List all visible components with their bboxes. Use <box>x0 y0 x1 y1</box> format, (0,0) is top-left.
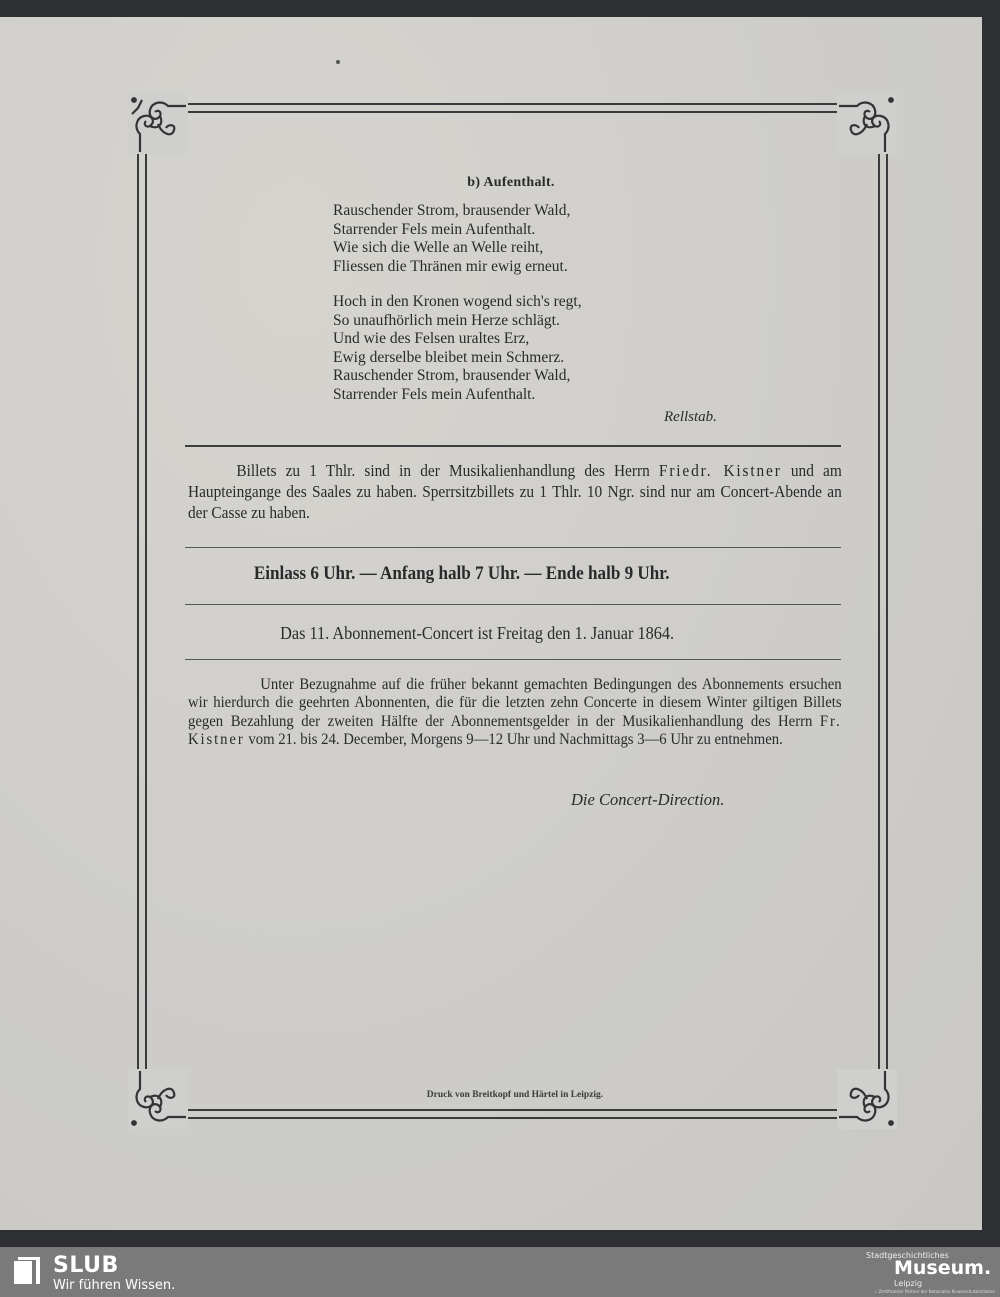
poem-title: b) Aufenthalt. <box>0 175 982 191</box>
divider-rule <box>185 445 841 447</box>
poem-title-text: b) Aufenthalt. <box>467 175 554 190</box>
poem-line: Wie sich die Welle an Welle reiht, <box>333 239 570 258</box>
corner-ornament-icon <box>128 94 188 154</box>
slub-tagline: Wir führen Wissen. <box>53 1278 175 1293</box>
concert-times: Einlass 6 Uhr. — Anfang halb 7 Uhr. — En… <box>0 563 923 585</box>
signature: Die Concert-Direction. <box>571 790 724 810</box>
divider-rule <box>185 659 841 660</box>
slub-logo-name: SLUB <box>53 1253 119 1278</box>
slub-logo-icon <box>14 1257 40 1284</box>
poem-stanza-1: Rauschender Strom, brausender Wald, Star… <box>333 202 570 276</box>
museum-logo-city: Leipzig <box>894 1279 922 1288</box>
poem-line: Starrender Fels mein Aufenthalt. <box>333 221 570 240</box>
poem-line: Hoch in den Kronen wogend sich's regt, <box>333 293 582 312</box>
notice-text: vom 21. bis 24. December, Morgens 9—12 U… <box>245 731 783 748</box>
footer-bar: SLUB Wir führen Wissen. Stadtgeschichtli… <box>0 1247 1000 1297</box>
poem-line: Rauschender Strom, brausender Wald, <box>333 202 570 221</box>
poem-line: Starrender Fels mein Aufenthalt. <box>333 386 582 405</box>
museum-logo-name: Museum. <box>894 1257 991 1279</box>
poem-line: Rauschender Strom, brausender Wald, <box>333 367 582 386</box>
museum-certification: ✓ Zertifizierter Partner der Nationalen … <box>874 1289 995 1294</box>
divider-rule <box>185 604 841 605</box>
poem-stanza-2: Hoch in den Kronen wogend sich's regt, S… <box>333 293 582 405</box>
notice-text: Unter Bezugnahme auf die früher bekannt … <box>188 676 842 730</box>
poem-line: So unaufhörlich mein Herze schlägt. <box>333 312 582 331</box>
poem-line: Ewig derselbe bleibet mein Schmerz. <box>333 349 582 368</box>
seller-name: Friedr. Kistner <box>659 461 782 480</box>
ticket-info-paragraph: Billets zu 1 Thlr. sind in der Musikalie… <box>188 460 842 523</box>
paper-speck <box>336 60 340 64</box>
ticket-info-text: Billets zu 1 Thlr. sind in der Musikalie… <box>236 461 659 480</box>
poem-line: Fliessen die Thränen mir ewig erneut. <box>333 258 570 277</box>
printer-imprint: Druck von Breitkopf und Härtel in Leipzi… <box>0 1090 1000 1100</box>
poem-line: Und wie des Felsen uraltes Erz, <box>333 330 582 349</box>
divider-rule <box>185 547 841 548</box>
corner-ornament-icon <box>837 94 897 154</box>
next-concert-announcement: Das 11. Abonnement-Concert ist Freitag d… <box>0 623 954 644</box>
subscription-notice: Unter Bezugnahme auf die früher bekannt … <box>188 676 842 750</box>
poem-author: Rellstab. <box>664 409 717 426</box>
